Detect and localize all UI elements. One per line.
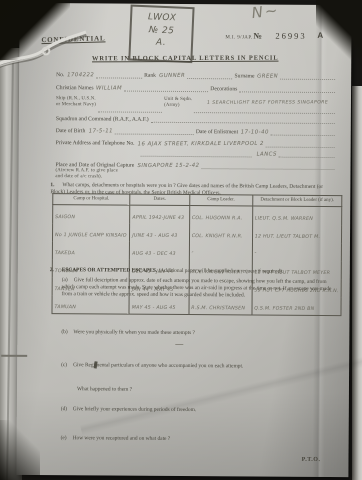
question-e: (e)How were you recaptured and on what d… <box>61 435 333 444</box>
camp-leader: COL. HUGONIN R.A. <box>192 216 243 221</box>
date-of-enlistment-label: Date of Enlistment <box>196 129 238 135</box>
question-d: (d)Give briefly your experiences during … <box>61 406 333 415</box>
question-c-text: Give Regimental particulars of anyone wh… <box>73 362 243 369</box>
section-2-note: (Additional paper will be supplied on re… <box>159 268 284 275</box>
question-c: (c)Give Regimental particulars of anyone… <box>61 362 333 371</box>
rank-label: Rank <box>144 73 156 79</box>
date-of-birth-label: Date of Birth <box>56 128 86 134</box>
row-address-line2: LANCS <box>139 150 337 158</box>
camp-leader: R.S.M. CHRISTANSEN <box>191 306 245 311</box>
question-c2: What happened to them ? <box>77 386 333 395</box>
question-d-text: Give briefly your experiences during per… <box>73 406 196 413</box>
stamp-line-3: A. <box>131 36 191 51</box>
camp-name: No 1 JUNGLE CAMP KINSAIO <box>55 233 127 239</box>
block-leader: ″ <box>255 252 257 257</box>
camp-leader: COL. KNIGHT R.N.R. <box>192 234 243 239</box>
block-leader: Q.S.M. FOSTER 2ND BN <box>254 306 314 311</box>
camp-dates: APRIL 1942-JUNE 43 <box>132 216 184 221</box>
unit-label-line2: (Army) <box>164 103 180 108</box>
col-camp-or-hospital: Camp or Hospital. <box>53 194 130 205</box>
table-row: No 1 JUNGLE CAMP KINSAIO JUNE 43 - AUG 4… <box>52 223 341 243</box>
rank-value: GUNNER <box>159 73 185 79</box>
camp-name: SAIGON <box>55 215 75 220</box>
dark-corner-bottom-left <box>0 420 40 480</box>
pencil-scribble: N∼ <box>251 1 281 22</box>
section-2-number: 2. <box>50 267 62 274</box>
row-squadron: Squadron and Command (R.A.F., A.A.F.) <box>56 115 337 124</box>
unit-label-line1: Unit & Sqdn. <box>164 97 192 102</box>
block-leader: 12 HUT. LIEUT TALBOT M. <box>255 234 321 239</box>
camp-dates: AUG 43 - DEC 43 <box>132 252 176 257</box>
margin-pencil-line <box>1 355 27 357</box>
question-b: (b)Were you physically fit when you made… <box>61 329 333 338</box>
camp-name: TAKEDA <box>55 251 75 256</box>
question-e-label: (e) <box>61 435 73 442</box>
block-leader: LIEUT. Q.S.M. WARREN <box>255 216 313 221</box>
serial-number: 26993 <box>275 31 306 42</box>
question-b-text: Were you physically fit when you made th… <box>73 329 195 336</box>
table-row: TAKEDA AUG 43 - DEC 43 ″ ″ <box>52 241 341 261</box>
form-reference: M.I. 9/JAP. <box>225 35 252 41</box>
section-2-title: ESCAPES OR ATTEMPTED ESCAPES. <box>62 267 158 274</box>
question-e-text: How were you recaptured and on what date… <box>73 435 171 442</box>
capture-sublabel-2: and date of a/c crash). <box>55 174 102 180</box>
ship-label: Ship (R.N., U.S.N. or Merchant Navy) <box>56 96 96 108</box>
surname-label: Surname <box>235 73 255 79</box>
table-row: SAIGON APRIL 1942-JUNE 43 COL. HUGONIN R… <box>53 204 342 225</box>
question-c-label: (c) <box>61 362 73 369</box>
date-of-birth-value: 17-5-11 <box>88 128 112 134</box>
unit-label: Unit & Sqdn. (Army) <box>164 97 192 109</box>
question-c2-text: What happened to them ? <box>77 386 132 392</box>
surname-value: GREEN <box>257 74 278 80</box>
row-address: Private Address and Telephone No. 16 AJA… <box>56 139 337 148</box>
capture-value: SINGAPORE 15-2-42 <box>137 163 199 169</box>
address-value: 16 AJAX STREET, KIRKDALE LIVERPOOL 2 <box>138 141 264 147</box>
ship-label-line2: or Merchant Navy) <box>56 102 96 107</box>
question-d-label: (d) <box>61 406 73 413</box>
row-dob-enlistment: Date of Birth 17-5-11 Date of Enlistment… <box>56 127 337 136</box>
camp-name: TAMUAN <box>55 305 77 310</box>
unit-value: 1 SEARCHLIGHT REGT FORTRESS SINGAPORE <box>207 100 328 106</box>
underlying-paper-edge-right <box>352 86 362 480</box>
question-a-text: Give full description and approx. date o… <box>62 277 332 298</box>
camp-dates: JUNE 43 - AUG 43 <box>132 234 177 239</box>
col-dates: Dates. <box>130 194 190 205</box>
serial-no-symbol: № <box>253 30 262 41</box>
dark-corner-top-left <box>0 0 70 60</box>
decorations-label: Decorations <box>210 86 237 92</box>
camp-leader: ″ <box>192 252 194 257</box>
address-label: Private Address and Telephone No. <box>56 140 135 147</box>
question-b-label: (b) <box>61 329 73 336</box>
address-value-line2: LANCS <box>257 152 277 158</box>
dark-corner-top-right <box>316 0 362 70</box>
ship-label-line1: Ship (R.N., U.S.N. <box>56 96 96 101</box>
pto-label: P.T.O. <box>302 457 321 463</box>
photo-of-form: CONFIDENTIAL LWOX № 25 A. N∼ M.I. 9/JAP.… <box>0 0 362 480</box>
col-block-leader: Detachment or Block Leader (if any). <box>252 195 341 206</box>
question-a: (a)Give full description and approx. dat… <box>62 277 334 300</box>
camp-dates: MAY 45 - AUG 45 <box>132 306 176 311</box>
date-of-enlistment-value: 17-10-40 <box>241 129 269 135</box>
pencil-dash <box>175 344 183 345</box>
col-camp-leader: Camp Leader. <box>189 195 252 206</box>
squadron-label: Squadron and Command (R.A.F., A.A.F.) <box>56 116 149 123</box>
